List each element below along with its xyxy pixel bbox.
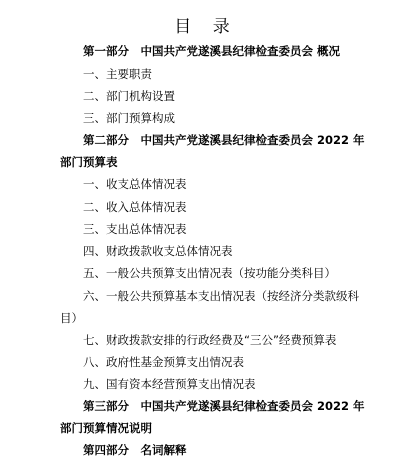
toc-item[interactable]: 九、国有资本经营预算支出情况表 <box>83 377 256 391</box>
toc-item[interactable]: 四、财政拨款收支总体情况表 <box>83 244 233 258</box>
part2-heading[interactable]: 第二部分 中国共产党遂溪县纪律检查委员会 2022 年 <box>83 133 365 147</box>
part2-heading-cont[interactable]: 部门预算表 <box>60 155 118 169</box>
toc-item[interactable]: 六、一般公共预算基本支出情况表（按经济分类款级科 <box>83 289 359 303</box>
toc-item[interactable]: 二、部门机构设置 <box>83 89 175 103</box>
toc-item[interactable]: 三、部门预算构成 <box>83 111 175 125</box>
toc-item-cont[interactable]: 目） <box>60 311 83 325</box>
toc-title: 目 录 <box>0 16 412 38</box>
toc-item[interactable]: 七、财政拨款安排的行政经费及“三公”经费预算表 <box>83 333 336 347</box>
toc-item[interactable]: 一、主要职责 <box>83 67 152 81</box>
toc-item[interactable]: 二、收入总体情况表 <box>83 200 187 214</box>
part3-heading[interactable]: 第三部分 中国共产党遂溪县纪律检查委员会 2022 年 <box>83 399 365 413</box>
part4-heading[interactable]: 第四部分 名词解释 <box>83 443 187 457</box>
toc-item[interactable]: 五、一般公共预算支出情况表（按功能分类科目） <box>83 266 336 280</box>
toc-item[interactable]: 八、政府性基金预算支出情况表 <box>83 355 244 369</box>
part3-heading-cont[interactable]: 部门预算情况说明 <box>60 421 152 435</box>
toc-item[interactable]: 一、收支总体情况表 <box>83 177 187 191</box>
toc-item[interactable]: 三、支出总体情况表 <box>83 222 187 236</box>
part1-heading[interactable]: 第一部分 中国共产党遂溪县纪律检查委员会 概况 <box>83 44 340 58</box>
